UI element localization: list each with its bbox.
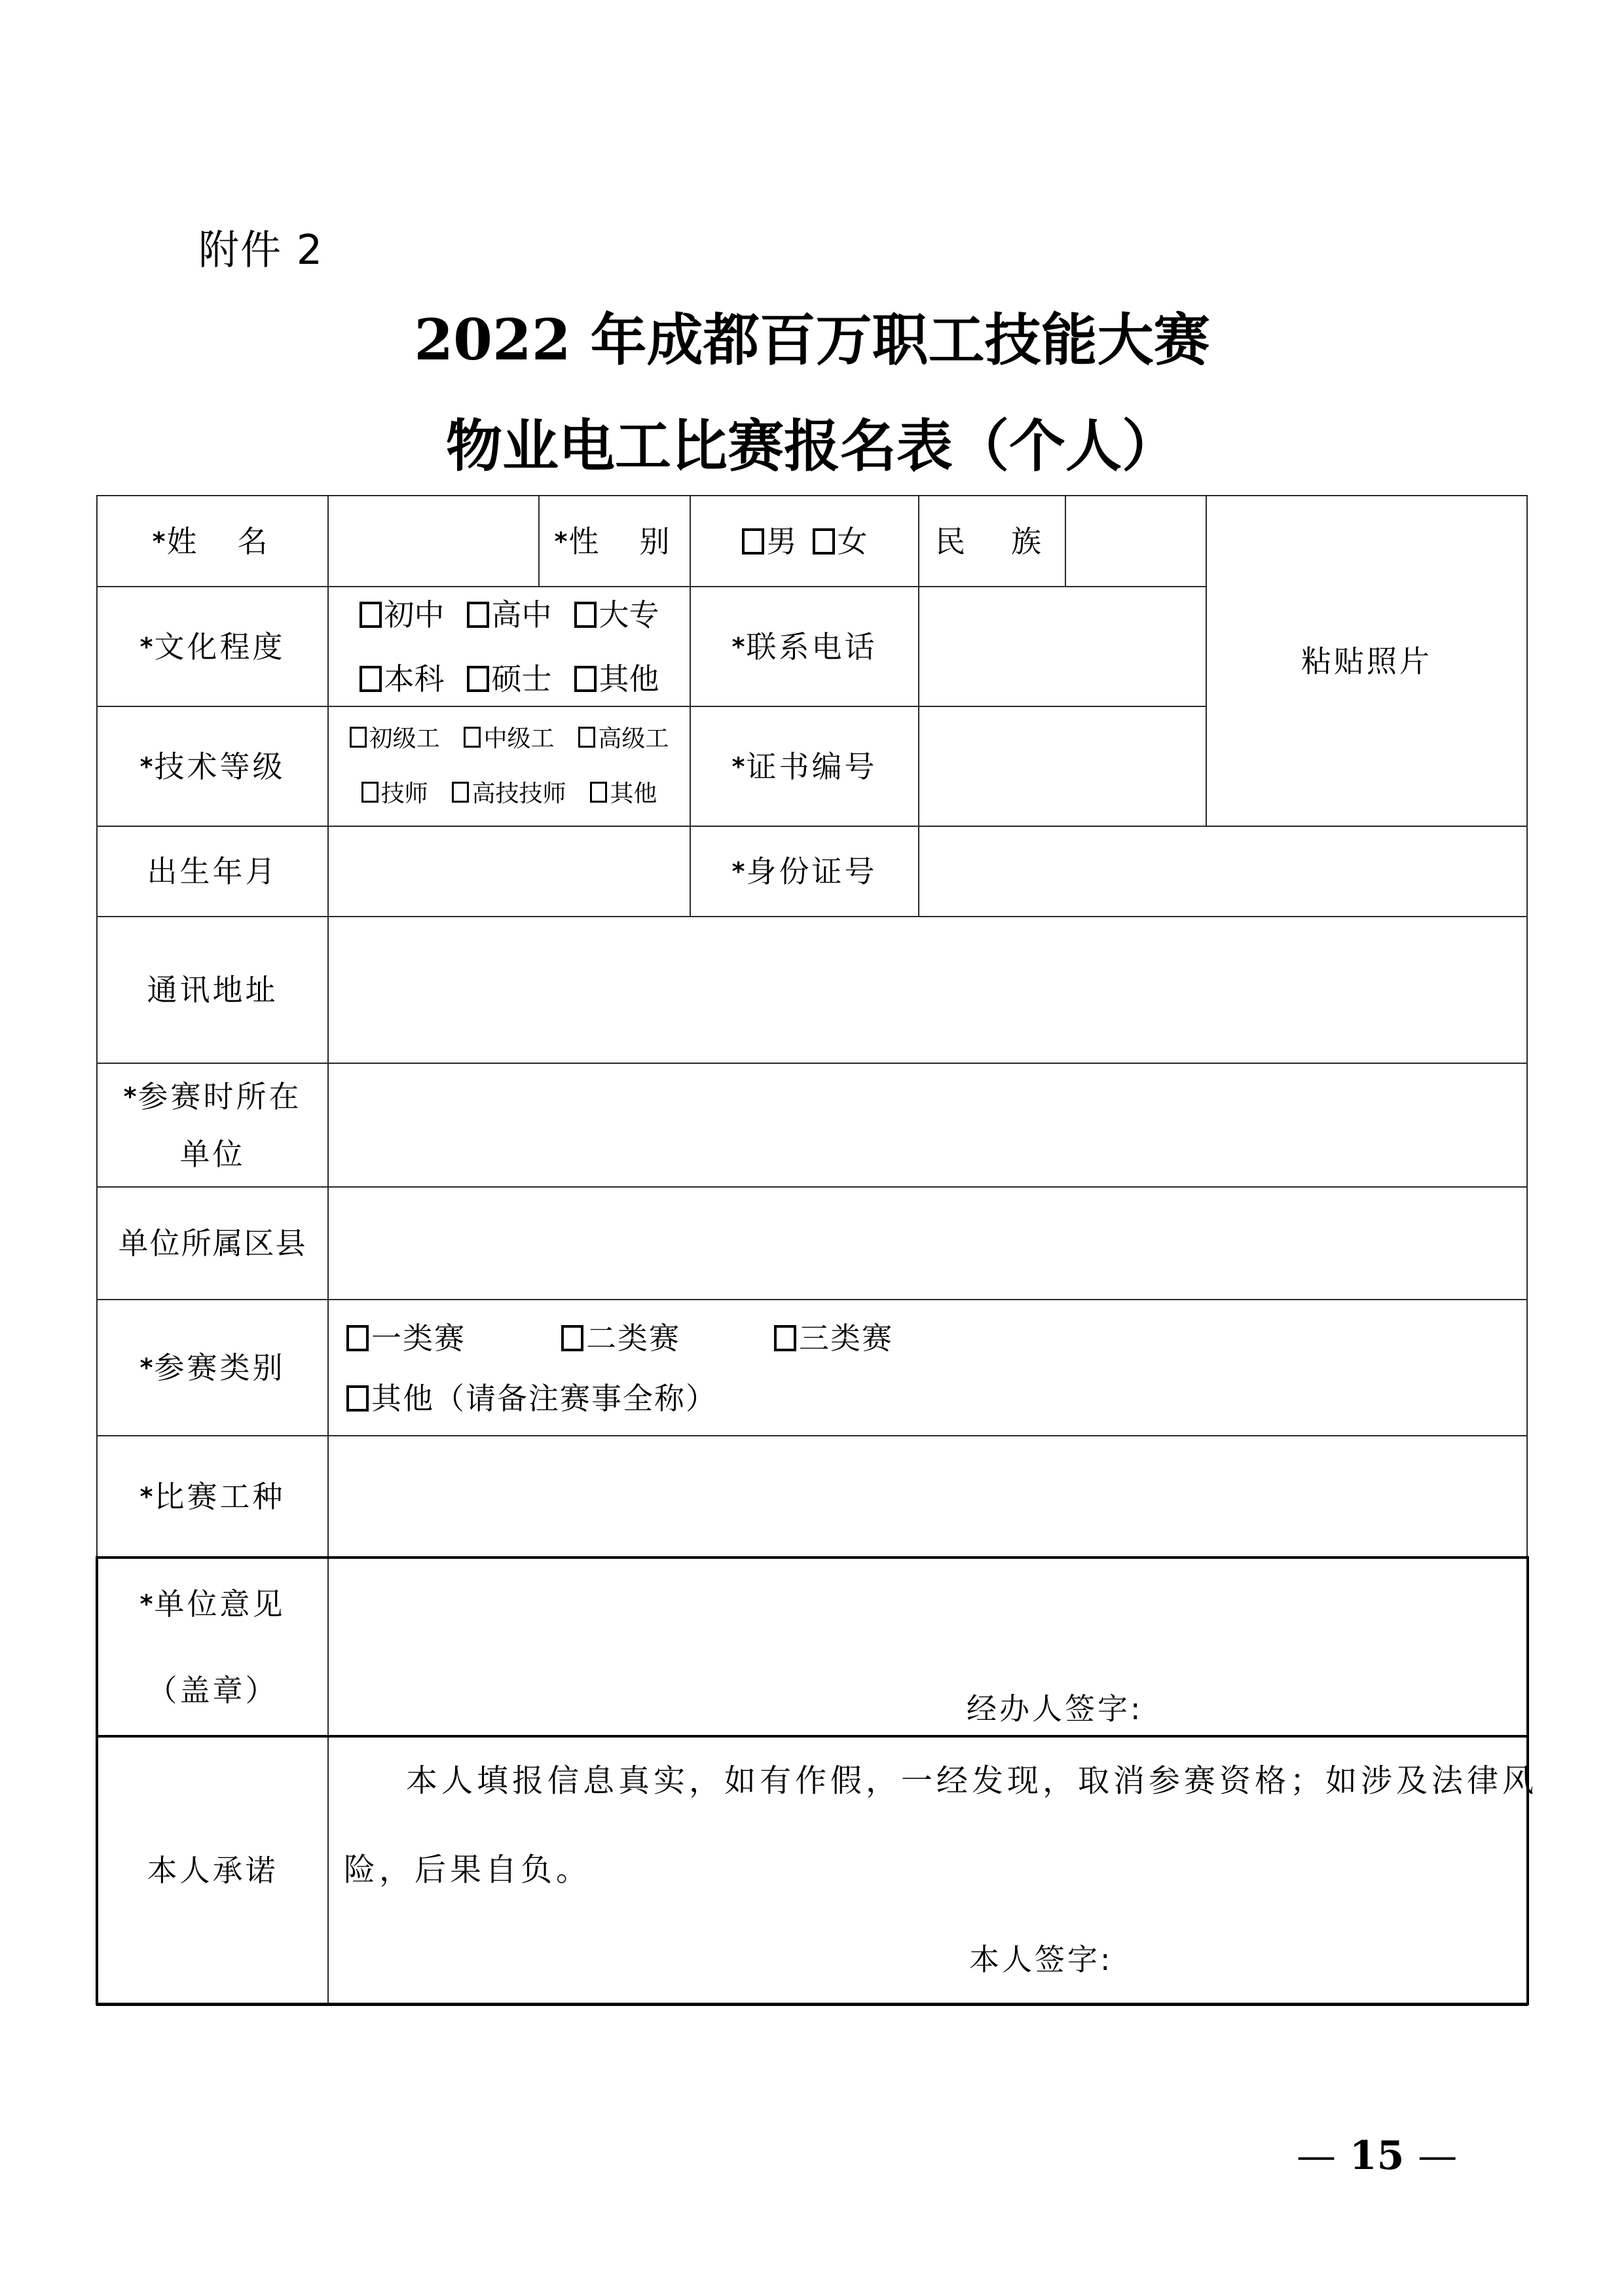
required-marker: * bbox=[140, 1348, 153, 1387]
checkbox-icon[interactable] bbox=[452, 782, 469, 803]
category-option[interactable]: 二类赛 bbox=[561, 1319, 680, 1358]
divider bbox=[1526, 1556, 1529, 2005]
checkbox-icon[interactable] bbox=[574, 602, 597, 628]
district-label: 单位所属区县 bbox=[119, 1224, 307, 1263]
education-option[interactable]: 初中 bbox=[360, 595, 445, 634]
checkbox-icon[interactable] bbox=[578, 727, 595, 748]
divider bbox=[96, 1556, 98, 2005]
unit-opinion-label: 单位意见 bbox=[154, 1586, 285, 1622]
id-number-label-cell: *身份证号 bbox=[690, 826, 919, 917]
required-marker: * bbox=[732, 627, 745, 666]
attachment-label: 附件 2 bbox=[198, 224, 323, 276]
employer-label-line2: 单位 bbox=[180, 1125, 246, 1183]
checkbox-icon[interactable] bbox=[742, 528, 764, 555]
divider bbox=[96, 1556, 1528, 1559]
ethnicity-label-cell: 民 族 bbox=[918, 495, 1066, 587]
checkbox-icon[interactable] bbox=[561, 1325, 583, 1351]
gender-options-cell: 男 女 bbox=[690, 495, 919, 587]
category-option[interactable]: 一类赛 bbox=[346, 1319, 466, 1358]
page-number-value: 15 bbox=[1350, 2133, 1405, 2179]
required-marker: * bbox=[140, 1477, 153, 1516]
checkbox-icon[interactable] bbox=[467, 602, 489, 628]
phone-input-cell[interactable] bbox=[918, 586, 1207, 707]
required-marker: * bbox=[140, 1590, 153, 1618]
required-marker: * bbox=[140, 747, 153, 786]
skill-level-label-cell: *技术等级 bbox=[96, 706, 329, 827]
district-label-cell: 单位所属区县 bbox=[96, 1186, 329, 1300]
name-input-cell[interactable] bbox=[327, 495, 540, 587]
category-option-other[interactable]: 其他（请备注赛事全称） bbox=[346, 1379, 717, 1418]
checkbox-icon[interactable] bbox=[350, 727, 367, 748]
gender-label-cell: *性 别 bbox=[538, 495, 691, 587]
trade-label-cell: *比赛工种 bbox=[96, 1435, 329, 1558]
checkbox-icon[interactable] bbox=[346, 1385, 369, 1412]
divider bbox=[96, 1735, 1528, 1738]
checkbox-icon[interactable] bbox=[361, 782, 378, 803]
certificate-label-cell: *证书编号 bbox=[690, 706, 919, 827]
required-marker: * bbox=[555, 522, 568, 561]
page-number: — 15 — bbox=[1297, 2133, 1457, 2179]
address-label: 通讯地址 bbox=[147, 970, 278, 1010]
birth-date-label-cell: 出生年月 bbox=[96, 826, 329, 917]
education-option[interactable]: 高中 bbox=[467, 595, 552, 634]
pledge-text-line1: 本人填报信息真实，如有作假，一经发现，取消参赛资格；如涉及法律风 bbox=[406, 1761, 1538, 1800]
skill-level-option[interactable]: 其他 bbox=[590, 780, 657, 807]
address-input-cell[interactable] bbox=[327, 916, 1528, 1064]
photo-label: 粘贴照片 bbox=[1301, 642, 1432, 681]
unit-opinion-label-cell: *单位意见 （盖章） bbox=[96, 1557, 329, 1738]
checkbox-icon[interactable] bbox=[346, 1325, 369, 1351]
category-label: 参赛类别 bbox=[154, 1348, 285, 1387]
skill-level-label: 技术等级 bbox=[154, 747, 285, 786]
category-label-cell: *参赛类别 bbox=[96, 1299, 329, 1436]
skill-level-options-cell: 初级工 中级工 高级工 技师 高技技师 其他 bbox=[327, 706, 691, 827]
checkbox-icon[interactable] bbox=[360, 666, 382, 692]
form-title-line2: 物业电工比赛报名表（个人） bbox=[0, 414, 1624, 479]
ethnicity-input-cell[interactable] bbox=[1065, 495, 1207, 587]
gender-option-male[interactable]: 男 bbox=[742, 522, 797, 561]
required-marker: * bbox=[140, 627, 153, 666]
checkbox-icon[interactable] bbox=[360, 602, 382, 628]
divider bbox=[96, 2003, 1528, 2006]
category-option[interactable]: 三类赛 bbox=[774, 1319, 893, 1358]
required-marker: * bbox=[153, 522, 166, 561]
checkbox-icon[interactable] bbox=[590, 782, 607, 803]
address-label-cell: 通讯地址 bbox=[96, 916, 329, 1064]
education-label-cell: *文化程度 bbox=[96, 586, 329, 707]
education-option[interactable]: 硕士 bbox=[467, 659, 552, 699]
gender-label: 性 别 bbox=[568, 522, 674, 561]
self-signature-label: 本人签字: bbox=[969, 1940, 1113, 1979]
employer-label-cell: *参赛时所在 单位 bbox=[96, 1063, 329, 1188]
skill-level-option[interactable]: 高技技师 bbox=[452, 780, 566, 807]
handler-signature-label: 经办人签字: bbox=[967, 1689, 1143, 1728]
employer-input-cell[interactable] bbox=[327, 1063, 1528, 1188]
name-label-cell: *姓 名 bbox=[96, 495, 329, 587]
birth-date-label: 出生年月 bbox=[147, 852, 278, 891]
phone-label: 联系电话 bbox=[746, 627, 877, 666]
skill-level-option[interactable]: 中级工 bbox=[464, 725, 554, 752]
certificate-input-cell[interactable] bbox=[918, 706, 1207, 827]
required-marker: * bbox=[732, 747, 745, 786]
birth-date-input-cell[interactable] bbox=[327, 826, 691, 917]
photo-cell[interactable]: 粘贴照片 bbox=[1206, 495, 1528, 827]
district-input-cell[interactable] bbox=[327, 1186, 1528, 1300]
phone-label-cell: *联系电话 bbox=[690, 586, 919, 707]
checkbox-icon[interactable] bbox=[574, 666, 597, 692]
required-marker: * bbox=[124, 1082, 137, 1111]
id-number-label: 身份证号 bbox=[746, 852, 877, 891]
education-options-cell: 初中 高中 大专 本科 硕士 其他 bbox=[327, 586, 691, 707]
checkbox-icon[interactable] bbox=[464, 727, 481, 748]
education-option[interactable]: 本科 bbox=[360, 659, 445, 699]
unit-opinion-input-cell[interactable] bbox=[327, 1557, 1528, 1738]
pledge-label: 本人承诺 bbox=[147, 1851, 278, 1890]
pledge-label-cell: 本人承诺 bbox=[96, 1736, 329, 2005]
education-option[interactable]: 大专 bbox=[574, 595, 659, 634]
checkbox-icon[interactable] bbox=[467, 666, 489, 692]
checkbox-icon[interactable] bbox=[813, 528, 835, 555]
trade-label: 比赛工种 bbox=[154, 1477, 285, 1516]
skill-level-option[interactable]: 技师 bbox=[361, 780, 428, 807]
name-label: 姓 名 bbox=[166, 522, 272, 561]
skill-level-option[interactable]: 初级工 bbox=[350, 725, 440, 752]
required-marker: * bbox=[732, 852, 745, 891]
form-title-line1: 2022 年成都百万职工技能大赛 bbox=[0, 308, 1624, 373]
skill-level-option[interactable]: 高级工 bbox=[578, 725, 669, 752]
stamp-label: （盖章） bbox=[147, 1671, 278, 1710]
id-number-input-cell[interactable] bbox=[918, 826, 1528, 917]
pledge-text-line2: 险，后果自负。 bbox=[344, 1850, 591, 1889]
gender-option-female[interactable]: 女 bbox=[813, 522, 868, 561]
trade-input-cell[interactable] bbox=[327, 1435, 1528, 1558]
ethnicity-label: 民 族 bbox=[935, 522, 1049, 561]
education-label: 文化程度 bbox=[154, 627, 285, 666]
education-option[interactable]: 其他 bbox=[574, 659, 659, 699]
checkbox-icon[interactable] bbox=[774, 1325, 796, 1351]
employer-label-line1: 参赛时所在 bbox=[138, 1079, 301, 1114]
certificate-label: 证书编号 bbox=[746, 747, 877, 786]
